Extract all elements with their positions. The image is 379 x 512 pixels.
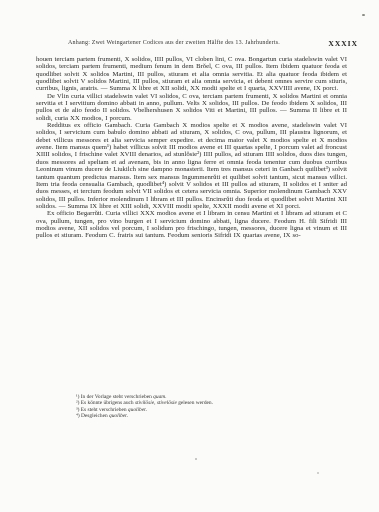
page-header: Anhang: Zwei Weingartener Codices aus de… — [36, 40, 346, 50]
footnotes: ¹) In der Vorlage steht verschrieben qua… — [76, 394, 347, 420]
paragraph-continuation: houen terciam partem frumenti, X solidos… — [36, 56, 347, 93]
scan-speck — [362, 14, 365, 16]
scan-speck — [317, 472, 319, 474]
footnote-4-text: ⁴) Desgleichen — [76, 413, 109, 419]
footnote-2-end: gelesen werden. — [177, 400, 213, 406]
paragraph-redditus-gambach: Redditus ex officio Gambach. Curia Gamba… — [36, 122, 347, 210]
footnote-2-italic: stivilŏsie, stivelŏsie — [135, 400, 177, 406]
paragraph-de-vlin: De Vlin curia villici stadelswin valet V… — [36, 93, 347, 122]
scan-speck — [195, 458, 197, 460]
footnote-3-italic: quolibet — [128, 407, 146, 413]
book-page: Anhang: Zwei Weingartener Codices aus de… — [0, 0, 379, 512]
running-title: Anhang: Zwei Weingartener Codices aus de… — [36, 40, 346, 46]
footnote-2-text: ²) Es könnte übrigens auch — [76, 400, 135, 406]
footnote-4: ⁴) Desgleichen quolibet. — [76, 413, 347, 419]
footnote-4-end: . — [127, 413, 128, 419]
paragraph-ex-officio-begarruti: Ex officio Begarrŭti. Curia villici XXX … — [36, 210, 347, 239]
footnote-3-text: ³) Es steht verschrieben — [76, 407, 128, 413]
footnote-4-italic: quolibet — [109, 413, 127, 419]
footnote-3-end: . — [146, 407, 147, 413]
body-text: houen terciam partem frumenti, X solidos… — [36, 56, 347, 240]
page-number: XXXIX — [328, 39, 358, 48]
